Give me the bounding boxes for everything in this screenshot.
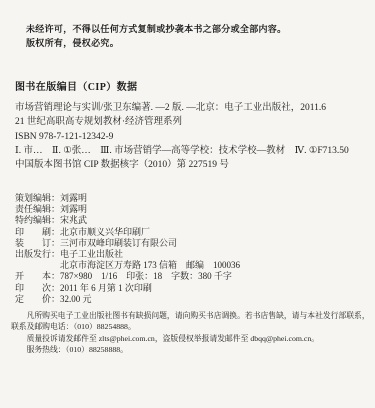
colophon-row-binder: 装 订：三河市双峰印刷装订有限公司 — [15, 238, 240, 249]
cip-isbn-line: ISBN 978-7-121-12342-9 — [15, 130, 349, 144]
colophon-row-planning-editor: 策划编辑：刘露明 — [15, 193, 240, 204]
colophon-label: 策划编辑： — [15, 193, 60, 203]
colophon-value: 北京市海淀区万寿路 173 信箱 邮编 100036 — [60, 260, 240, 270]
colophon-row-publisher: 出版发行：电子工业出版社 — [15, 249, 240, 260]
colophon-value: 三河市双峰印刷装订有限公司 — [60, 238, 177, 248]
copyright-notice: 未经许可，不得以任何方式复制或抄袭本书之部分或全部内容。 版权所有，侵权必究。 — [26, 23, 286, 50]
colophon-label: 责任编辑： — [15, 204, 60, 214]
cip-block: 图书在版编目（CIP）数据 市场营销理论与实训/张卫东编著. —2 版. —北京… — [15, 81, 349, 172]
colophon-row-printer: 印 刷：北京市顺义兴华印刷厂 — [15, 227, 240, 238]
colophon-label: 印 刷： — [15, 227, 60, 237]
colophon-label: 定 价： — [15, 294, 60, 304]
colophon-value: 宋兆武 — [60, 215, 87, 225]
copyright-page: 未经许可，不得以任何方式复制或抄袭本书之部分或全部内容。 版权所有，侵权必究。 … — [0, 0, 375, 408]
colophon-row-responsible-editor: 责任编辑：刘露明 — [15, 204, 240, 215]
colophon-label: 装 订： — [15, 238, 60, 248]
purchase-notice-line2: 联系及邮购电话：（010）88254888。 — [11, 321, 370, 332]
colophon-row-price: 定 价：32.00 元 — [15, 294, 240, 305]
colophon-value: 电子工业出版社 — [60, 249, 123, 259]
cip-title-line: 市场营销理论与实训/张卫东编著. —2 版. —北京：电子工业出版社，2011.… — [15, 101, 349, 115]
cip-series-line: 21 世纪高职高专规划教材·经济管理系列 — [15, 115, 349, 129]
colophon-label: 出版发行： — [15, 249, 60, 259]
colophon-label: 开 本： — [15, 271, 60, 281]
cip-registration-line: 中国版本图书馆 CIP 数据核字（2010）第 227519 号 — [15, 158, 349, 172]
colophon-value: 刘露明 — [60, 193, 87, 203]
colophon-block: 策划编辑：刘露明 责任编辑：刘露明 特约编辑：宋兆武 印 刷：北京市顺义兴华印刷… — [15, 193, 240, 305]
colophon-value: 2011 年 6 月第 1 次印刷 — [60, 283, 152, 293]
colophon-label: 特约编辑： — [15, 215, 60, 225]
purchase-notice-line3: 质量投诉请发邮件至 zlts@phei.com.cn，盗版侵权举报请发邮件至 d… — [11, 333, 370, 344]
colophon-row-format: 开 本：787×980 1/16 印张：18 字数：380 千字 — [15, 271, 240, 282]
colophon-value: 32.00 元 — [60, 294, 92, 304]
copyright-notice-line1: 未经许可，不得以任何方式复制或抄袭本书之部分或全部内容。 — [26, 23, 286, 37]
purchase-notice-line1: 凡所购买电子工业出版社图书有缺损问题，请向购买书店调换。若书店售缺，请与本社发行… — [11, 310, 370, 321]
cip-classification-line: Ⅰ. 市… Ⅱ. ①张… Ⅲ. 市场营销学—高等学校：技术学校—教材 Ⅳ. ①F… — [15, 144, 349, 158]
purchase-notice-line4: 服务热线：（010）88258888。 — [11, 344, 370, 355]
purchase-notice: 凡所购买电子工业出版社图书有缺损问题，请向购买书店调换。若书店售缺，请与本社发行… — [11, 310, 370, 355]
cip-heading: 图书在版编目（CIP）数据 — [15, 81, 349, 95]
colophon-row-print-run: 印 次：2011 年 6 月第 1 次印刷 — [15, 283, 240, 294]
colophon-value: 787×980 1/16 印张：18 字数：380 千字 — [60, 271, 232, 281]
colophon-row-special-editor: 特约编辑：宋兆武 — [15, 215, 240, 226]
colophon-label: 印 次： — [15, 283, 60, 293]
colophon-value: 刘露明 — [60, 204, 87, 214]
colophon-row-publisher-address: 北京市海淀区万寿路 173 信箱 邮编 100036 — [15, 260, 240, 271]
copyright-notice-line2: 版权所有，侵权必究。 — [26, 37, 286, 51]
colophon-value: 北京市顺义兴华印刷厂 — [60, 227, 150, 237]
